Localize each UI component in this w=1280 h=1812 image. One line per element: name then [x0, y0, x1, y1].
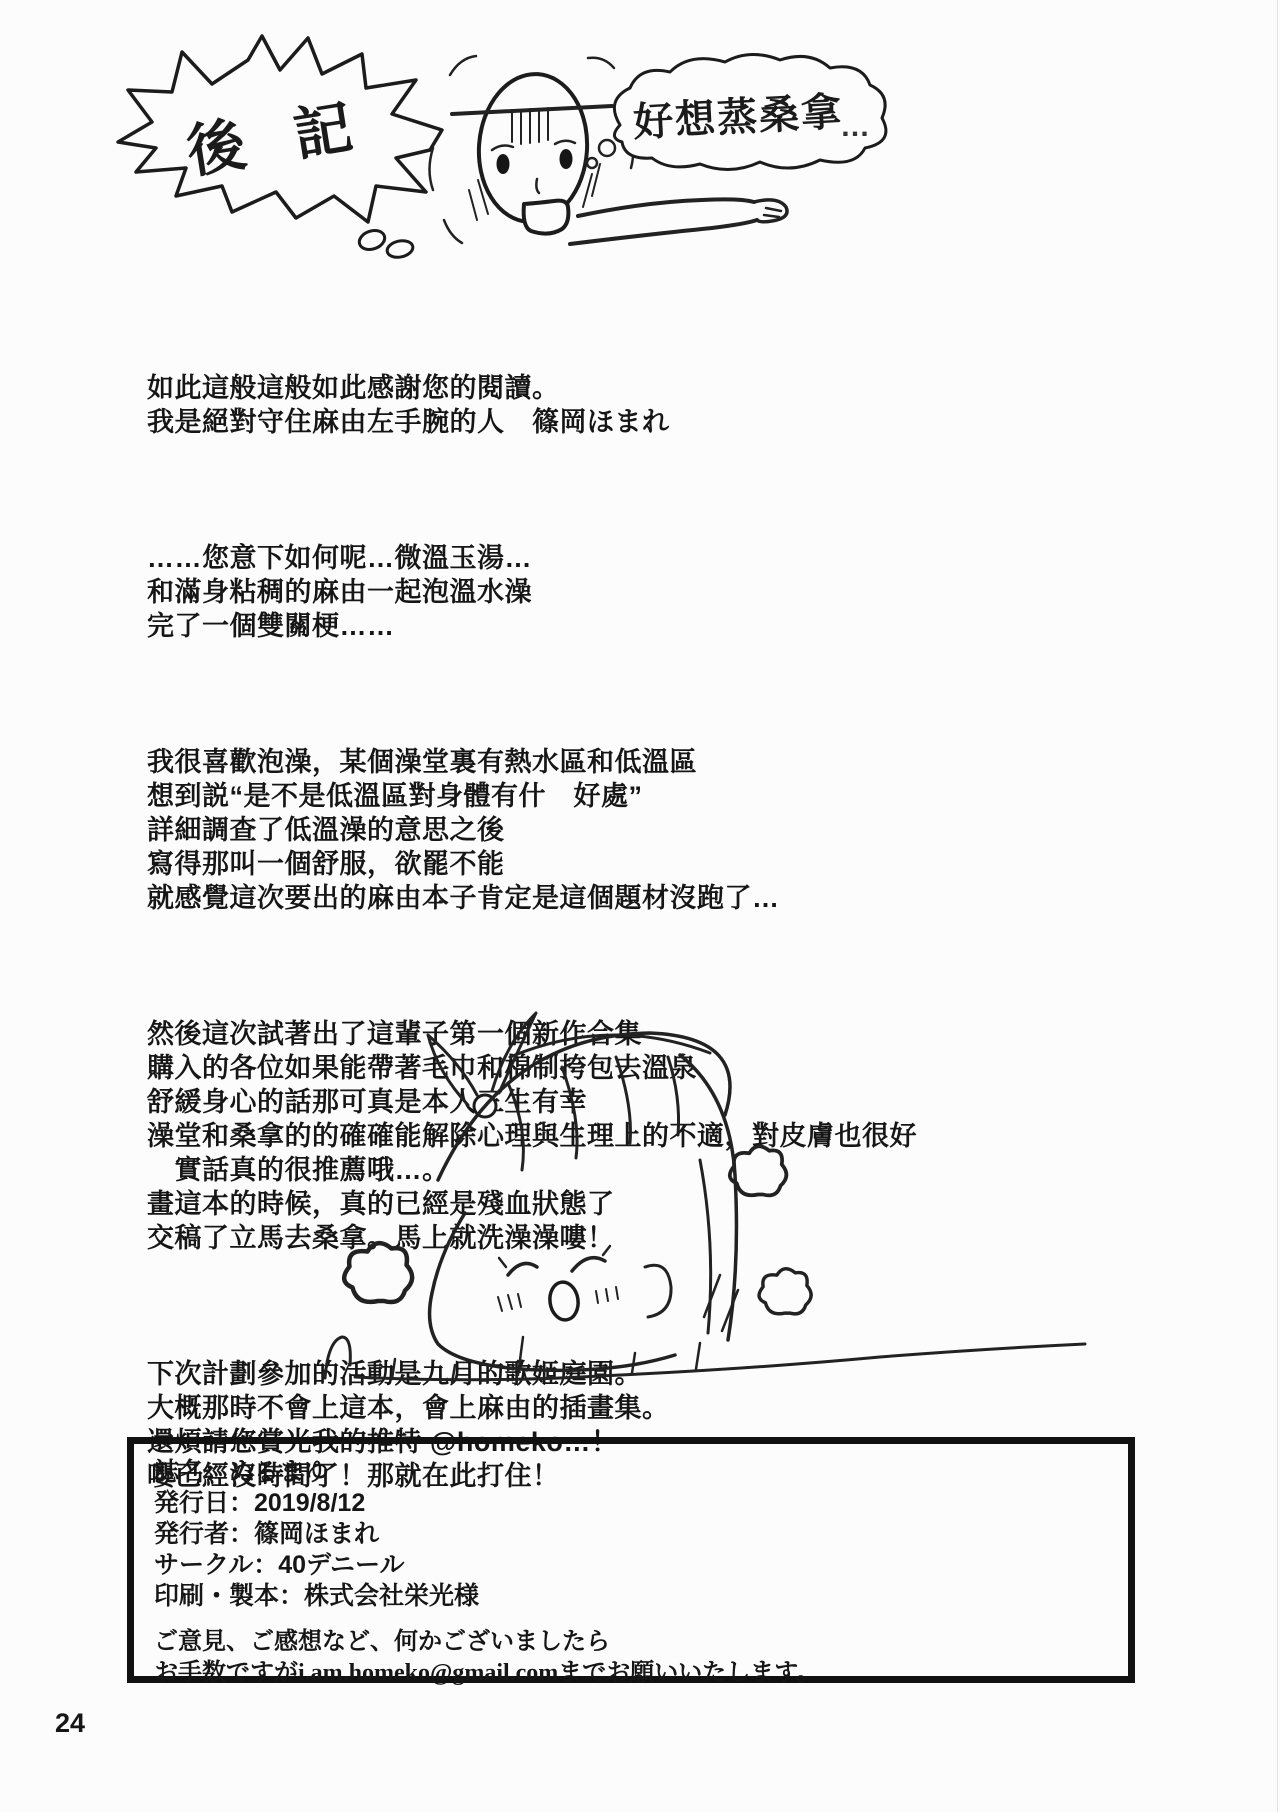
afterword-header-art: 後記: [100, 30, 900, 265]
text-line: 寫得那叫一個舒服，欲罷不能: [147, 847, 1137, 881]
bathing-girl-illustration: [280, 945, 1100, 1405]
steam-puff-icon: [344, 1243, 412, 1302]
text-line: サークル：40デニール: [154, 1550, 1118, 1581]
colophon-rows: 誌名：ぬるまゆ発行日：2019/8/12発行者：篠岡ほまれサークル：40デニール…: [154, 1457, 1118, 1612]
text-line: 誌名：ぬるまゆ: [154, 1457, 1118, 1488]
text-line: 完了一個雙關梗……: [147, 609, 1137, 643]
steam-puff-icon: [730, 1146, 787, 1195]
text-line: 和滿身粘稠的麻由一起泡溫水澡: [147, 575, 1137, 609]
text-line: ……您意下如何呢…微溫玉湯…: [147, 541, 1137, 575]
text-line: 就感覺這次要出的麻由本子肯定是這個題材沒跑了…: [147, 881, 1137, 915]
text-line: 印刷・製本：株式会社栄光様: [154, 1581, 1118, 1612]
text-line: 詳細調查了低溫澡的意思之後: [147, 813, 1137, 847]
paragraph: ……您意下如何呢…微溫玉湯…和滿身粘稠的麻由一起泡溫水澡完了一個雙關梗……: [147, 541, 1137, 643]
text-line: 我是絕對守住麻由左手腕的人 篠岡ほまれ: [147, 405, 1137, 439]
page-number: 24: [55, 1708, 85, 1739]
text-line: 発行日：2019/8/12: [154, 1488, 1118, 1519]
text-line: 想到説“是不是低溫區對身體有什 好處”: [147, 779, 1137, 813]
girl-head: [428, 1013, 738, 1370]
text-line: 如此這般這般如此感謝您的閱讀。: [147, 371, 1137, 405]
steam-puff-icon: [759, 1269, 811, 1314]
thought-bubble: 好想蒸桑拿 …: [587, 54, 886, 169]
text-line: 発行者：篠岡ほまれ: [154, 1519, 1118, 1550]
thought-trail-dots: …: [840, 110, 870, 143]
text-line: お手数ですがi.am.homeko@gmail.comまでお願いいたします。: [154, 1658, 1118, 1689]
colophon-contact: ご意見、ご感想など、何かございましたらお手数ですがi.am.homeko@gma…: [154, 1627, 1118, 1689]
burst-bubble: 後記: [118, 36, 442, 222]
paragraph: 我很喜歡泡澡，某個澡堂裏有熱水區和低溫區想到説“是不是低溫區對身體有什 好處”詳…: [147, 745, 1137, 915]
text-line: 我很喜歡泡澡，某個澡堂裏有熱水區和低溫區: [147, 745, 1137, 779]
colophon-box: 誌名：ぬるまゆ発行日：2019/8/12発行者：篠岡ほまれサークル：40デニール…: [127, 1437, 1135, 1683]
text-line: ご意見、ご感想など、何かございましたら: [154, 1627, 1118, 1658]
paragraph: 如此這般這般如此感謝您的閱讀。我是絕對守住麻由左手腕的人 篠岡ほまれ: [147, 371, 1137, 439]
doujin-afterword-page: 後記: [0, 0, 1280, 1812]
